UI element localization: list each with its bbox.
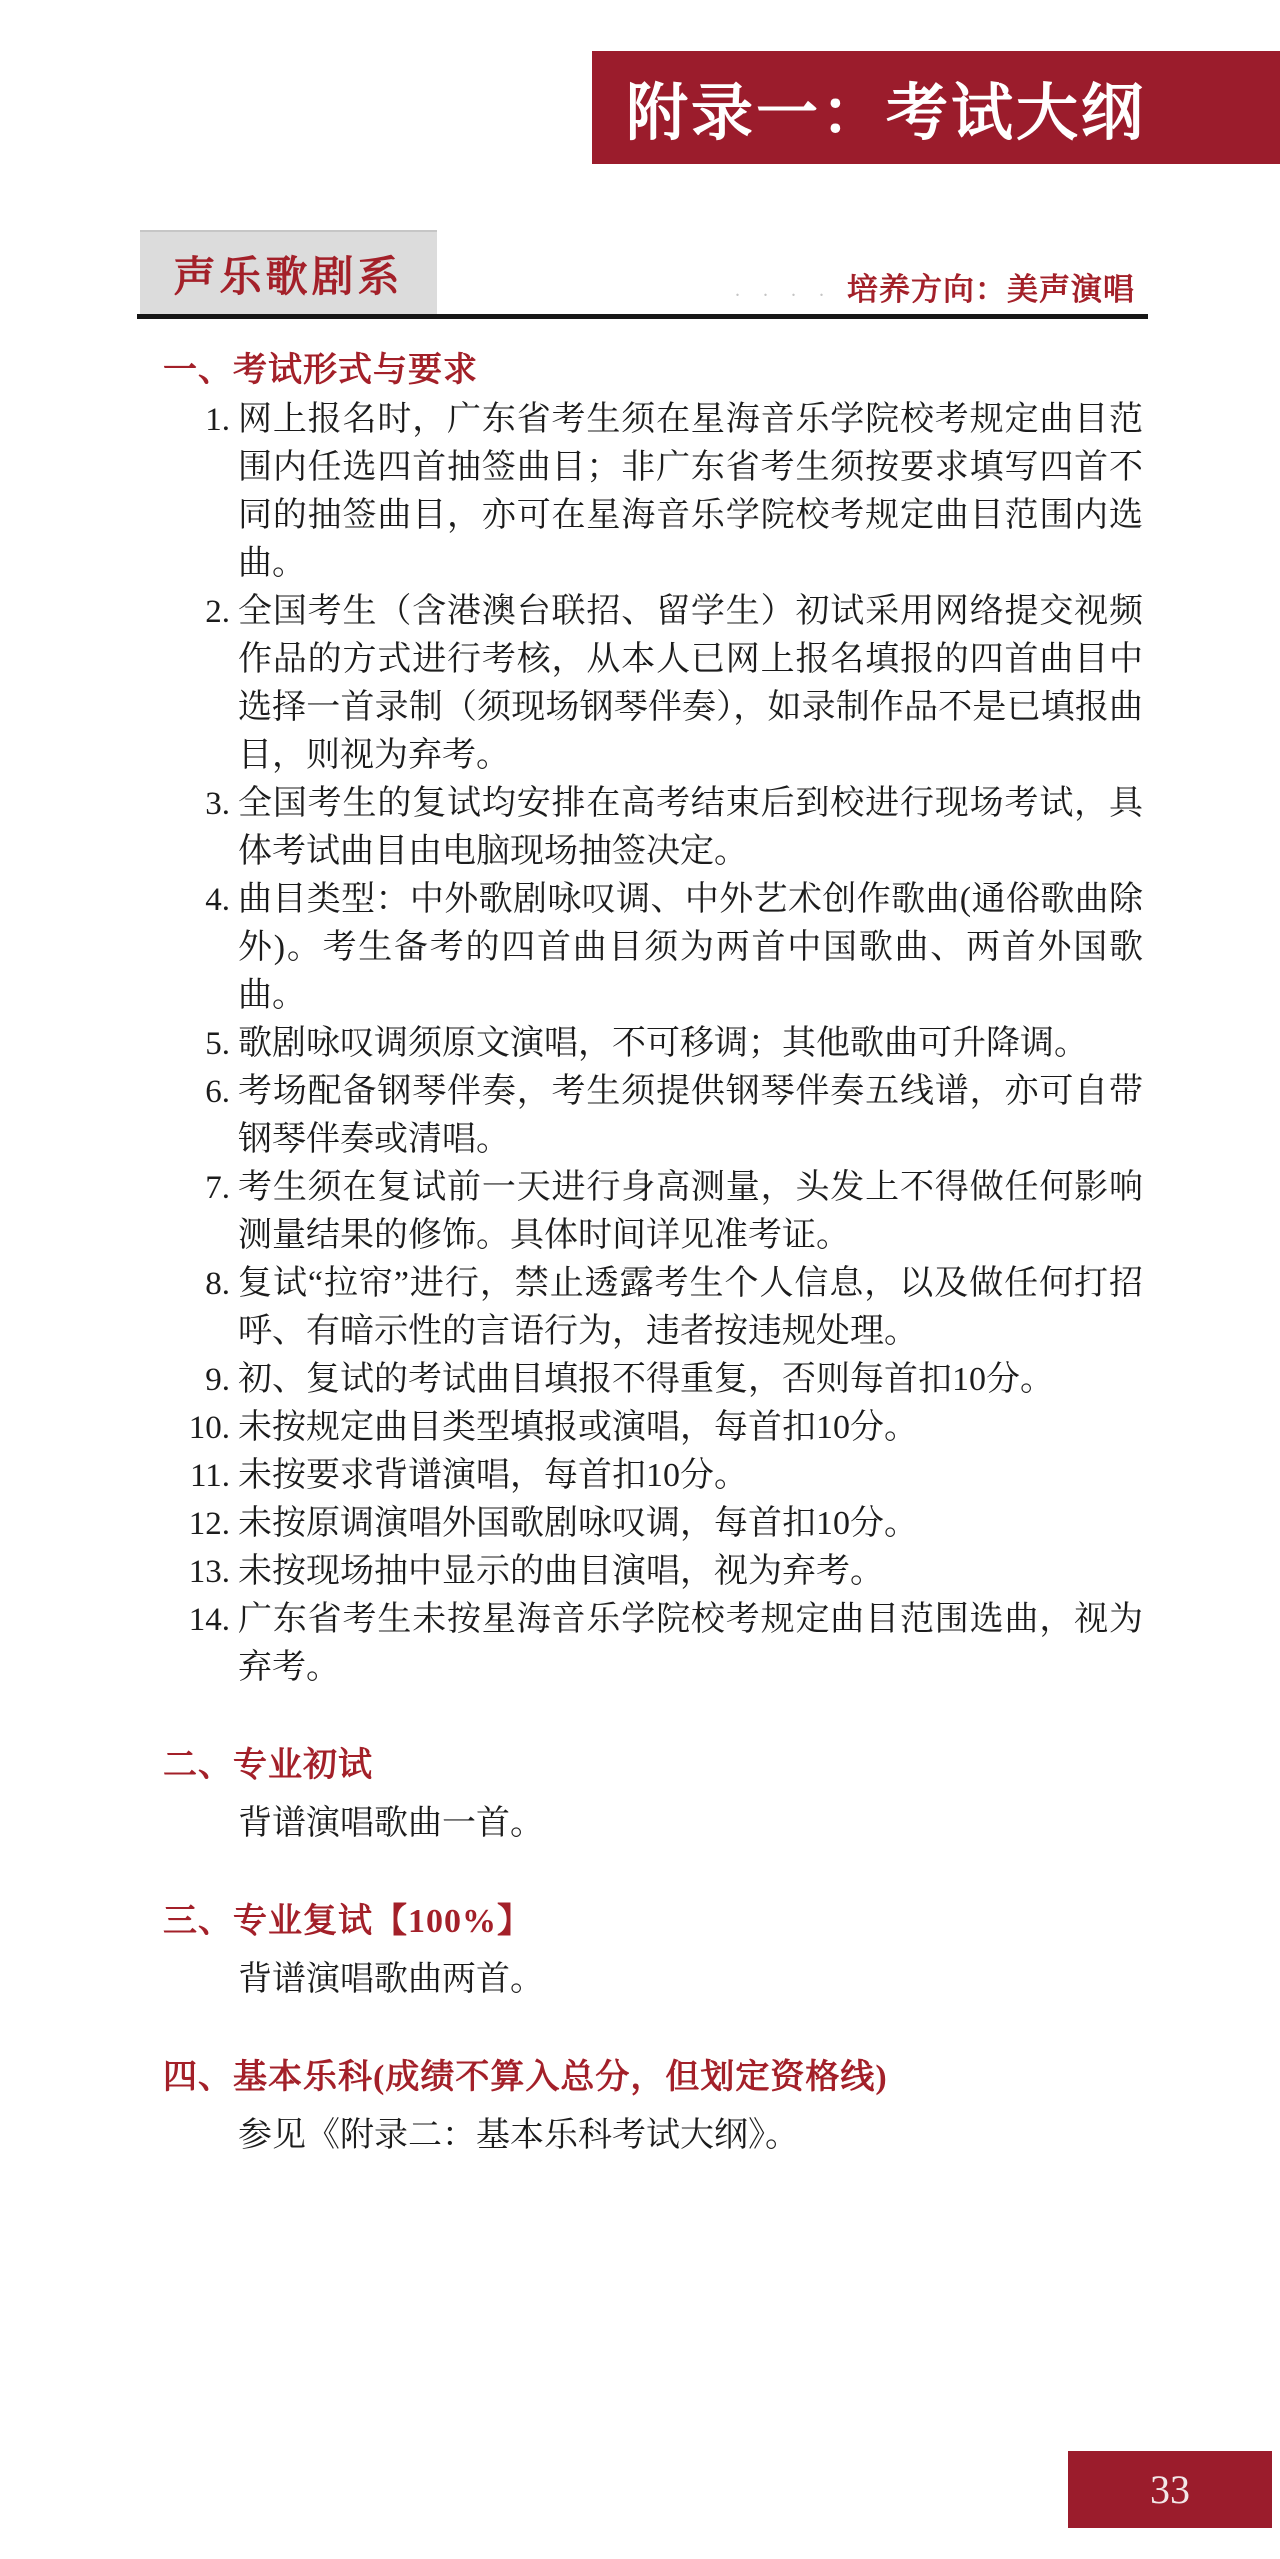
list-item: 8. 复试“拉帘”进行，禁止透露考生个人信息，以及做任何打招呼、有暗示性的言语行…: [0, 1260, 1280, 1356]
list-item-text: 全国考生的复试均安排在高考结束后到校进行现场考试，具体考试曲目由电脑现场抽签决定…: [238, 780, 1143, 876]
section-final-exam: 三、专业复试【100%】 背谱演唱歌曲两首。: [163, 1894, 1280, 2004]
main-content: 一、考试形式与要求 1. 网上报名时，广东省考生须在星海音乐学院校考规定曲目范围…: [0, 346, 1280, 2160]
section4-body: 参见《附录二：基本乐科考试大纲》。: [238, 2112, 1280, 2160]
list-item: 5. 歌剧咏叹调须原文演唱，不可移调；其他歌曲可升降调。: [0, 1020, 1280, 1068]
section2-body: 背谱演唱歌曲一首。: [238, 1800, 1280, 1848]
list-item-text: 未按现场抽中显示的曲目演唱，视为弃考。: [238, 1548, 1143, 1596]
list-item-text: 广东省考生未按星海音乐学院校考规定曲目范围选曲，视为弃考。: [238, 1596, 1143, 1692]
exam-rules-list: 1. 网上报名时，广东省考生须在星海音乐学院校考规定曲目范围内任选四首抽签曲目；…: [0, 396, 1280, 1692]
appendix-banner-title: 附录一：考试大纲: [626, 63, 1146, 152]
list-item: 3. 全国考生的复试均安排在高考结束后到校进行现场考试，具体考试曲目由电脑现场抽…: [0, 780, 1280, 876]
page-number-box: 33: [1068, 2451, 1272, 2528]
list-item-text: 未按规定曲目类型填报或演唱，每首扣10分。: [238, 1404, 1143, 1452]
list-item-number: 1.: [150, 396, 238, 444]
list-item-text: 初、复试的考试曲目填报不得重复，否则每首扣10分。: [238, 1356, 1143, 1404]
list-item-number: 10.: [150, 1404, 238, 1452]
list-item-text: 曲目类型：中外歌剧咏叹调、中外艺术创作歌曲(通俗歌曲除外)。考生备考的四首曲目须…: [238, 876, 1143, 1020]
page-number: 33: [1150, 2466, 1190, 2513]
list-item-text: 考生须在复试前一天进行身高测量，头发上不得做任何影响测量结果的修饰。具体时间详见…: [238, 1164, 1143, 1260]
section3-heading: 三、专业复试【100%】: [163, 1894, 1280, 1950]
training-direction-label: 培养方向：美声演唱: [847, 264, 1135, 309]
list-item-number: 2.: [150, 588, 238, 636]
header-rule-line: [137, 314, 1148, 319]
section4-heading: 四、基本乐科(成绩不算入总分，但划定资格线): [163, 2050, 1280, 2106]
list-item: 13. 未按现场抽中显示的曲目演唱，视为弃考。: [0, 1548, 1280, 1596]
section1-heading: 一、考试形式与要求: [163, 346, 1280, 396]
list-item-text: 未按要求背谱演唱，每首扣10分。: [238, 1452, 1143, 1500]
list-item-text: 全国考生（含港澳台联招、留学生）初试采用网络提交视频作品的方式进行考核，从本人已…: [238, 588, 1143, 780]
list-item-number: 5.: [150, 1020, 238, 1068]
training-direction-row: . . . . 培养方向：美声演唱: [735, 264, 1135, 309]
list-item-number: 6.: [150, 1068, 238, 1116]
list-item-number: 4.: [150, 876, 238, 924]
appendix-banner: 附录一：考试大纲: [592, 51, 1280, 164]
list-item-number: 3.: [150, 780, 238, 828]
list-item-number: 13.: [150, 1548, 238, 1596]
list-item: 14. 广东省考生未按星海音乐学院校考规定曲目范围选曲，视为弃考。: [0, 1596, 1280, 1692]
section-basic-music-theory: 四、基本乐科(成绩不算入总分，但划定资格线) 参见《附录二：基本乐科考试大纲》。: [163, 2050, 1280, 2160]
list-item-number: 14.: [150, 1596, 238, 1644]
list-item-text: 网上报名时，广东省考生须在星海音乐学院校考规定曲目范围内任选四首抽签曲目；非广东…: [238, 396, 1143, 588]
list-item: 2. 全国考生（含港澳台联招、留学生）初试采用网络提交视频作品的方式进行考核，从…: [0, 588, 1280, 780]
list-item-text: 未按原调演唱外国歌剧咏叹调，每首扣10分。: [238, 1500, 1143, 1548]
list-item-number: 12.: [150, 1500, 238, 1548]
section-preliminary-exam: 二、专业初试 背谱演唱歌曲一首。: [163, 1738, 1280, 1848]
list-item: 7. 考生须在复试前一天进行身高测量，头发上不得做任何影响测量结果的修饰。具体时…: [0, 1164, 1280, 1260]
list-item-text: 考场配备钢琴伴奏，考生须提供钢琴伴奏五线谱，亦可自带钢琴伴奏或清唱。: [238, 1068, 1143, 1164]
list-item: 4. 曲目类型：中外歌剧咏叹调、中外艺术创作歌曲(通俗歌曲除外)。考生备考的四首…: [0, 876, 1280, 1020]
list-item-number: 9.: [150, 1356, 238, 1404]
list-item: 12. 未按原调演唱外国歌剧咏叹调，每首扣10分。: [0, 1500, 1280, 1548]
list-item-number: 8.: [150, 1260, 238, 1308]
list-item-number: 11.: [150, 1452, 238, 1500]
list-item: 10. 未按规定曲目类型填报或演唱，每首扣10分。: [0, 1404, 1280, 1452]
list-item: 1. 网上报名时，广东省考生须在星海音乐学院校考规定曲目范围内任选四首抽签曲目；…: [0, 396, 1280, 588]
leader-dots: . . . .: [735, 279, 833, 302]
list-item: 9. 初、复试的考试曲目填报不得重复，否则每首扣10分。: [0, 1356, 1280, 1404]
section2-heading: 二、专业初试: [163, 1738, 1280, 1794]
list-item-number: 7.: [150, 1164, 238, 1212]
list-item-text: 复试“拉帘”进行，禁止透露考生个人信息，以及做任何打招呼、有暗示性的言语行为，违…: [238, 1260, 1143, 1356]
section3-body: 背谱演唱歌曲两首。: [238, 1956, 1280, 2004]
department-header-box: 声乐歌剧系: [140, 230, 437, 315]
department-title: 声乐歌剧系: [173, 244, 403, 304]
list-item: 11. 未按要求背谱演唱，每首扣10分。: [0, 1452, 1280, 1500]
list-item: 6. 考场配备钢琴伴奏，考生须提供钢琴伴奏五线谱，亦可自带钢琴伴奏或清唱。: [0, 1068, 1280, 1164]
document-page: 附录一：考试大纲 声乐歌剧系 . . . . 培养方向：美声演唱 一、考试形式与…: [0, 0, 1280, 2559]
list-item-text: 歌剧咏叹调须原文演唱，不可移调；其他歌曲可升降调。: [238, 1020, 1143, 1068]
